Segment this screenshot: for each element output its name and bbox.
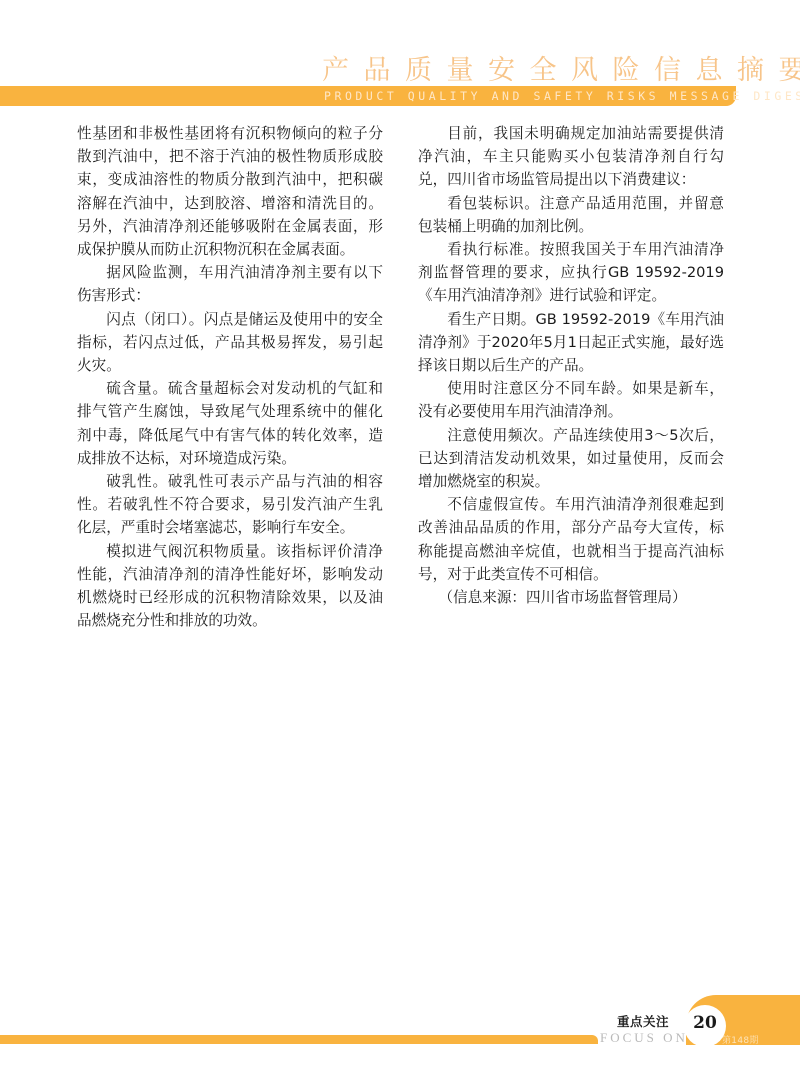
footer-section-subtitle: FOCUS ON: [600, 1030, 688, 1046]
footer-section-title: 重点关注: [617, 1012, 669, 1030]
paragraph: 破乳性。破乳性可表示产品与汽油的相容性。若破乳性不符合要求，易引发汽油产生乳化层…: [77, 470, 383, 540]
paragraph: 硫含量。硫含量超标会对发动机的气缸和排气管产生腐蚀，导致尾气处理系统中的催化剂中…: [77, 377, 383, 470]
paragraph: 看执行标准。按照我国关于车用汽油清净剂监督管理的要求，应执行GB 19592-2…: [418, 238, 724, 308]
right-column: 目前，我国未明确规定加油站需要提供清净汽油，车主只能购买小包装清净剂自行勾兑，四…: [418, 122, 724, 609]
paragraph: 模拟进气阀沉积物质量。该指标评价清净性能，汽油清净剂的清净性能好坏，影响发动机燃…: [77, 540, 383, 633]
paragraph: 看包装标识。注意产品适用范围，并留意包装桶上明确的加剂比例。: [418, 192, 724, 238]
paragraph: 注意使用频次。产品连续使用3～5次后，已达到清洁发动机效果，如过量使用，反而会增…: [418, 424, 724, 494]
footer-accent-bar: [0, 1035, 598, 1044]
paragraph: 目前，我国未明确规定加油站需要提供清净汽油，车主只能购买小包装清净剂自行勾兑，四…: [418, 122, 724, 192]
paragraph: 闪点（闭口）。闪点是储运及使用中的安全指标，若闪点过低，产品其极易挥发，易引起火…: [77, 308, 383, 378]
paragraph: 性基团和非极性基团将有沉积物倾向的粒子分散到汽油中，把不溶于汽油的极性物质形成胶…: [77, 122, 383, 261]
paragraph: 不信虚假宣传。车用汽油清净剂很难起到改善油品品质的作用，部分产品夸大宣传，标称能…: [418, 493, 724, 586]
page-number: 20: [688, 1013, 722, 1033]
paragraph: 使用时注意区分不同车龄。如果是新车，没有必要使用车用汽油清净剂。: [418, 377, 724, 423]
header-title: 产品质量安全风险信息摘要: [322, 56, 800, 86]
paragraph: 据风险监测，车用汽油清净剂主要有以下伤害形式：: [77, 261, 383, 307]
header-subtitle: PRODUCT QUALITY AND SAFETY RISKS MESSAGE…: [324, 88, 800, 104]
paragraph: 看生产日期。GB 19592-2019《车用汽油清净剂》于2020年5月1日起正…: [418, 308, 724, 378]
left-column: 性基团和非极性基团将有沉积物倾向的粒子分散到汽油中，把不溶于汽油的极性物质形成胶…: [77, 122, 383, 632]
source-note: （信息来源：四川省市场监督管理局）: [418, 586, 724, 609]
issue-number: 第148期: [722, 1033, 759, 1046]
